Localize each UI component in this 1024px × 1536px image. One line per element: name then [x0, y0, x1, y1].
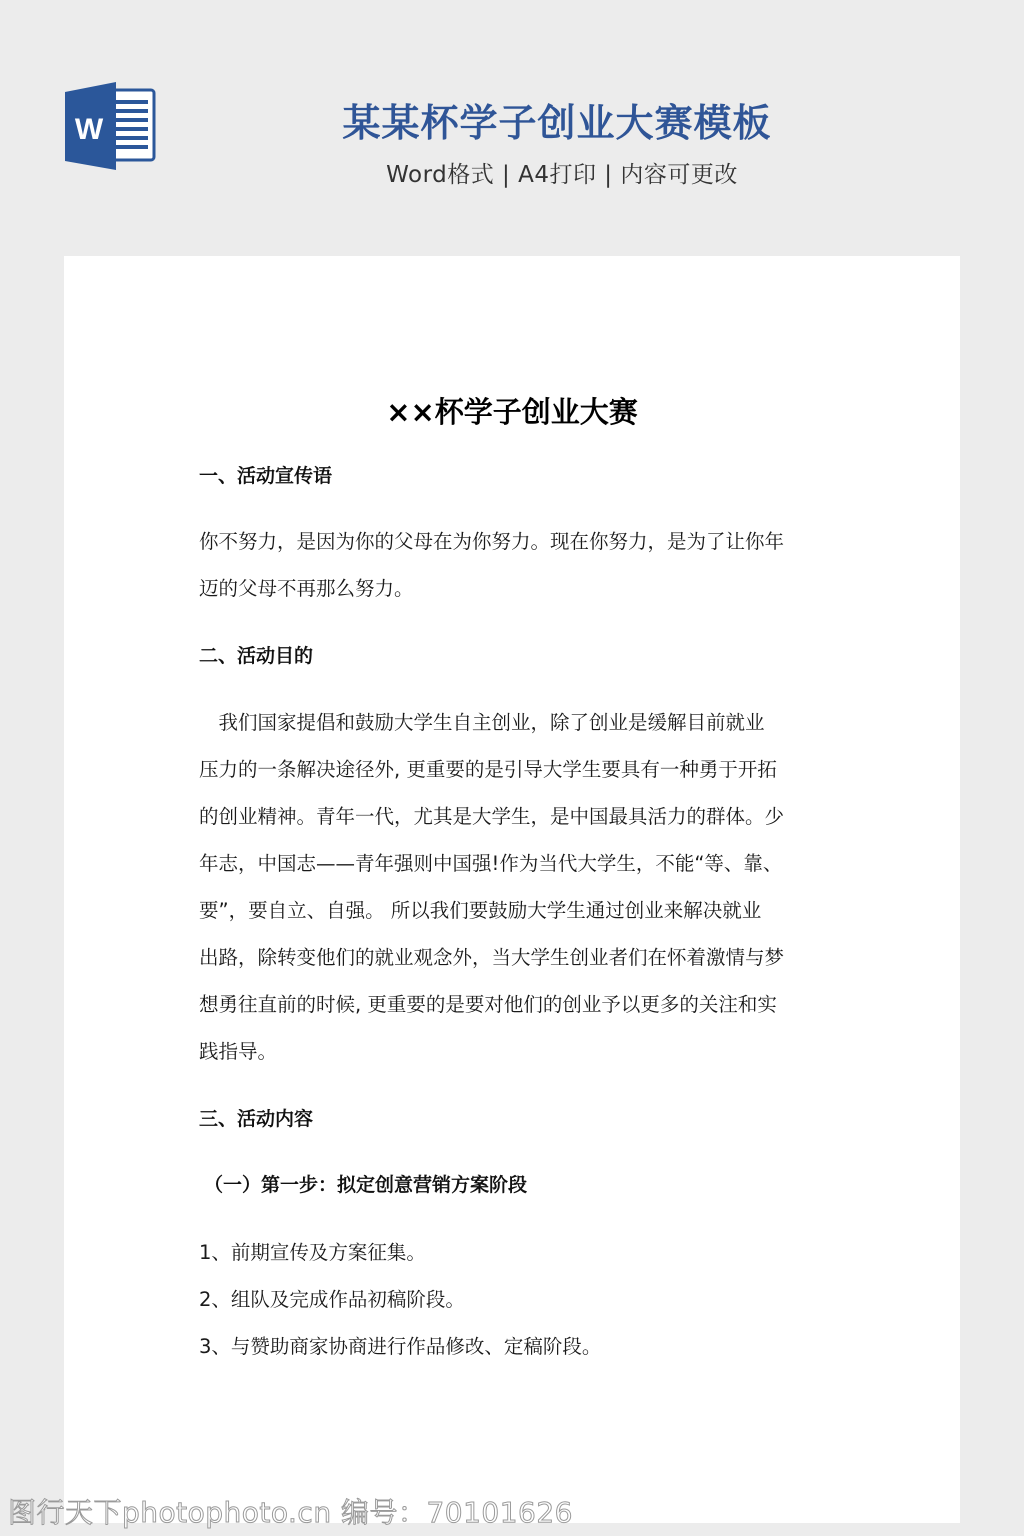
document-title: ××杯学子创业大赛: [64, 390, 960, 431]
section-paragraph-slogan: 你不努力，是因为你的父母在为你努力。现在你努力，是为了让你年 迈的父母不再那么努…: [199, 518, 829, 612]
section-heading-slogan: 一、活动宣传语: [199, 461, 332, 488]
list-item: 3、与赞助商家协商进行作品修改、定稿阶段。: [199, 1331, 601, 1359]
list-item: 1、前期宣传及方案征集。: [199, 1237, 426, 1265]
banner-subtitle: Word格式 | A4打印 | 内容可更改: [0, 156, 1024, 189]
paragraph-line: 你不努力，是因为你的父母在为你努力。现在你努力，是为了让你年: [199, 518, 829, 565]
document-page: ××杯学子创业大赛 一、活动宣传语 你不努力，是因为你的父母在为你努力。现在你努…: [64, 256, 960, 1523]
subsection-heading-step-one: （一）第一步：拟定创意营销方案阶段: [204, 1170, 527, 1197]
paragraph-line: 践指导。: [199, 1028, 829, 1075]
paragraph-line: 迈的父母不再那么努力。: [199, 565, 829, 612]
list-item: 2、组队及完成作品初稿阶段。: [199, 1284, 465, 1312]
paragraph-line: 压力的一条解决途径外, 更重要的是引导大学生要具有一种勇于开拓: [199, 746, 829, 793]
paragraph-line: 要”，要自立、自强。 所以我们要鼓励大学生通过创业来解决就业: [199, 887, 829, 934]
section-paragraph-purpose: 我们国家提倡和鼓励大学生自主创业，除了创业是缓解目前就业 压力的一条解决途径外,…: [199, 699, 829, 1075]
watermark-text: 图行天下photophoto.cn 编号：70101626: [8, 1491, 573, 1531]
paragraph-line: 的创业精神。青年一代，尤其是大学生，是中国最具活力的群体。少: [199, 793, 829, 840]
paragraph-line: 出路，除转变他们的就业观念外，当大学生创业者们在怀着激情与梦: [199, 934, 829, 981]
section-heading-content: 三、活动内容: [199, 1104, 313, 1131]
banner-title: 某某杯学子创业大赛模板: [0, 92, 1024, 147]
paragraph-line: 想勇往直前的时候, 更重要的是要对他们的创业予以更多的关注和实: [199, 981, 829, 1028]
template-banner: W 某某杯学子创业大赛模板 Word格式 | A4打印 | 内容可更改: [0, 0, 1024, 256]
section-heading-purpose: 二、活动目的: [199, 641, 313, 668]
paragraph-line: 年志，中国志——青年强则中国强!作为当代大学生，不能“等、靠、: [199, 840, 829, 887]
paragraph-line: 我们国家提倡和鼓励大学生自主创业，除了创业是缓解目前就业: [199, 699, 829, 746]
